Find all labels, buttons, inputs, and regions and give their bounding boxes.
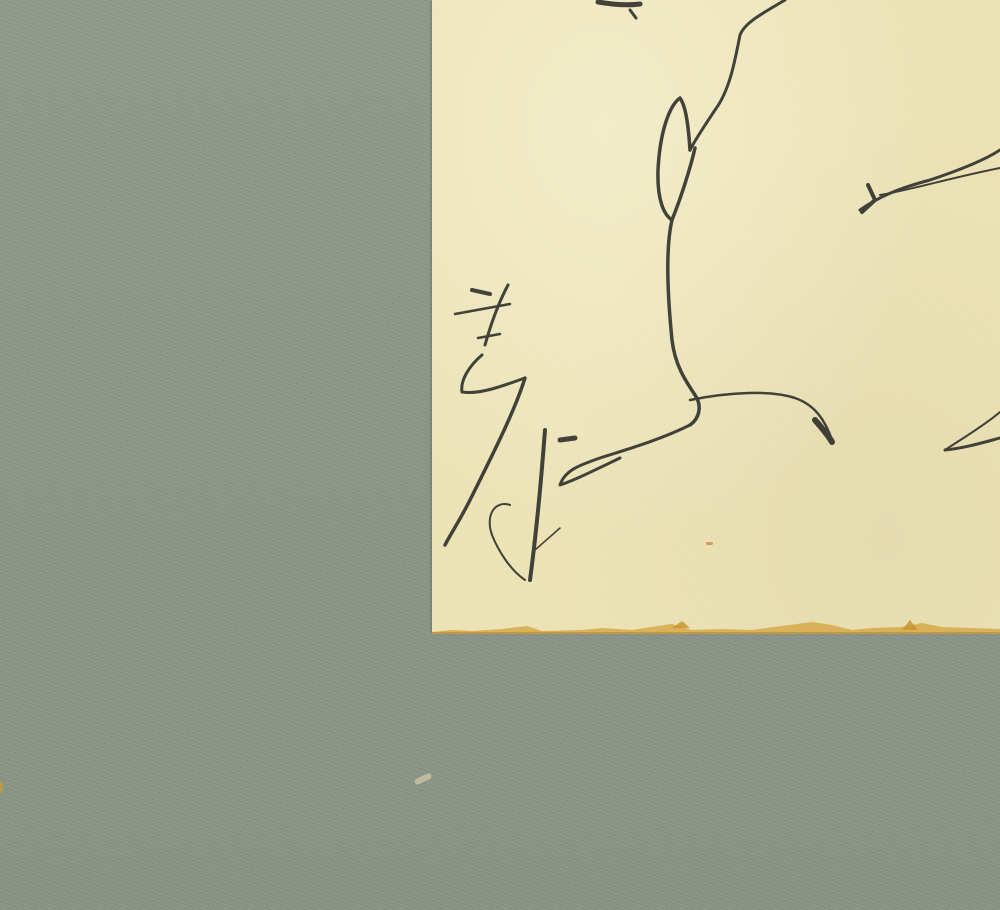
ink-brushwork	[0, 0, 1000, 910]
brush-stroke-figure	[560, 0, 832, 485]
silk-stain-speck	[0, 782, 3, 792]
brush-stroke-right	[860, 150, 1000, 450]
paper-stain-speck	[706, 542, 713, 545]
signature-characters	[445, 285, 575, 580]
